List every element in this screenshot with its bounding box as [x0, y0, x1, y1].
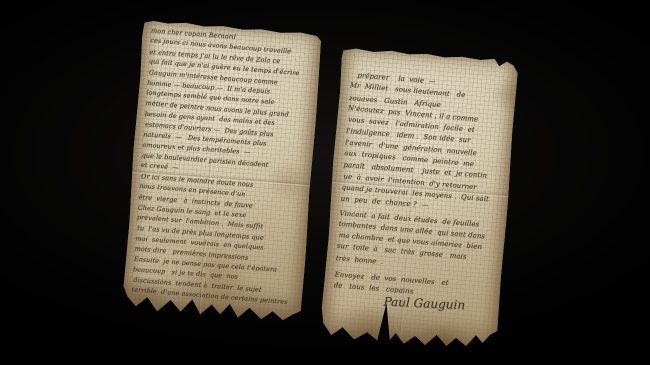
letter-page-left: mon cher copain Bernardces jours ci nous…: [121, 19, 322, 323]
photo-background: mon cher copain Bernardces jours ci nous…: [0, 0, 650, 365]
letter-page-right: préparer la voie —Mr Milliet sous lieute…: [319, 46, 520, 351]
signature-paul-gauguin: Paul Gauguin: [383, 295, 465, 313]
handwritten-text-left: mon cher copain Bernardces jours ci nous…: [131, 26, 317, 308]
